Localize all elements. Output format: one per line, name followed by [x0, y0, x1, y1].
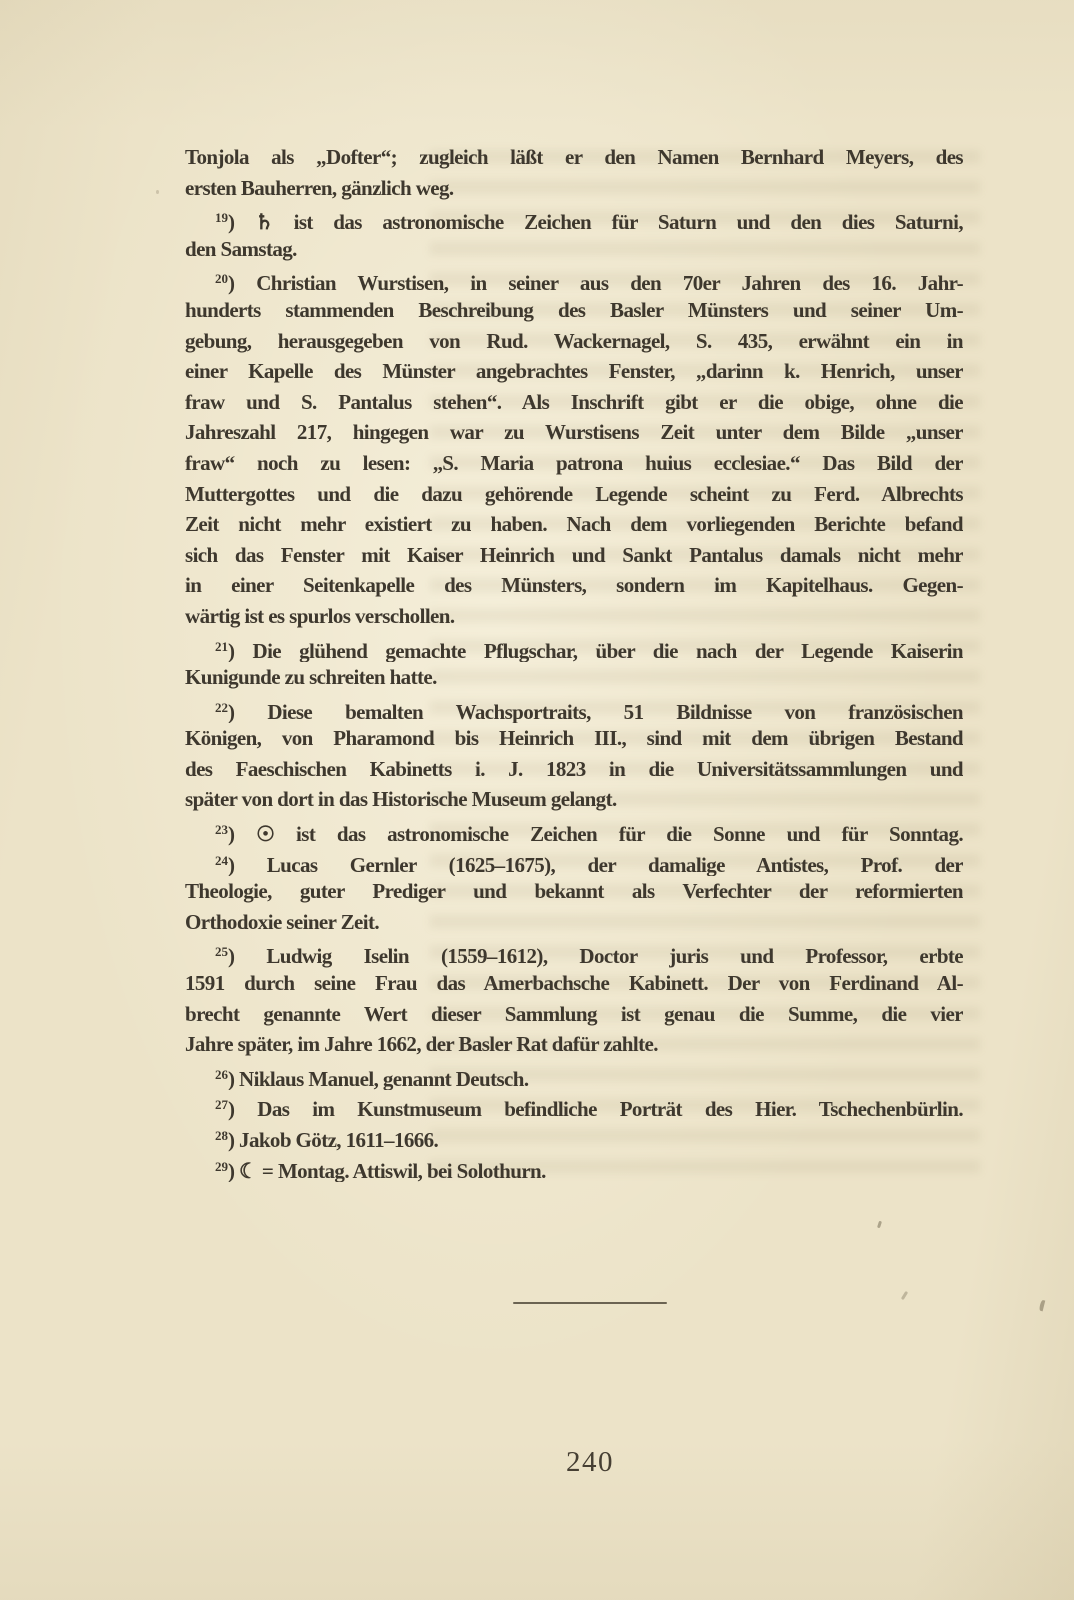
line-text: Die glühend gemachte Pflugschar, über di… [253, 639, 964, 663]
text-line: 21) Die glühend gemachte Pflugschar, übe… [185, 632, 963, 663]
footnote-number: 25 [215, 944, 228, 959]
text-line: brecht genannte Wert dieser Sammlung ist… [185, 999, 963, 1030]
line-text: Tonjola als „Dofter“; zugleich läßt er d… [185, 145, 963, 169]
text-line: wärtig ist es spurlos verschollen. [185, 601, 963, 632]
line-text: fraw“ noch zu lesen: ,,S. Maria patrona … [185, 451, 963, 475]
scanned-book-page: { "page": { "number": "240", "paper_colo… [0, 0, 1074, 1600]
text-line: fraw“ noch zu lesen: ,,S. Maria patrona … [185, 448, 963, 479]
text-line: 1591 durch seine Frau das Amerbachsche K… [185, 968, 963, 999]
line-text: Zeit nicht mehr existiert zu haben. Nach… [185, 512, 963, 536]
text-line: Königen, von Pharamond bis Heinrich III.… [185, 723, 963, 754]
line-text: ersten Bauherren, gänzlich weg. [185, 176, 454, 200]
line-text: brecht genannte Wert dieser Sammlung ist… [185, 1002, 963, 1026]
text-line: 23) ☉ ist das astronomische Zeichen für … [185, 815, 963, 846]
text-line: Orthodoxie seiner Zeit. [185, 907, 963, 938]
footnote-number: 29 [215, 1159, 228, 1174]
text-line: fraw und S. Pantalus stehen“. Als Inschr… [185, 387, 963, 418]
footnote-number: 27 [215, 1097, 228, 1112]
line-text: 1591 durch seine Frau das Amerbachsche K… [185, 971, 963, 995]
line-text: gebung, herausgegeben von Rud. Wackernag… [185, 329, 963, 353]
text-line: 25) Ludwig Iselin (1559–1612), Doctor ju… [185, 937, 963, 968]
footnote-number: 22 [215, 700, 228, 715]
text-line: hunderts stammenden Beschreibung des Bas… [185, 295, 963, 326]
text-line: Jahreszahl 217, hingegen war zu Wurstise… [185, 417, 963, 448]
line-text: Theologie, guter Prediger und bekannt al… [185, 879, 963, 903]
line-text: Christian Wurstisen, in seiner aus den 7… [256, 271, 963, 295]
line-text: Orthodoxie seiner Zeit. [185, 910, 379, 934]
line-text: ☾ = Montag. Attiswil, bei Solothurn. [239, 1159, 546, 1183]
line-text: später von dort in das Historische Museu… [185, 787, 617, 811]
text-line: einer Kapelle des Münster angebrachtes F… [185, 356, 963, 387]
line-text: fraw und S. Pantalus stehen“. Als Inschr… [185, 390, 963, 414]
text-line: Jahre später, im Jahre 1662, der Basler … [185, 1029, 963, 1060]
text-line: gebung, herausgegeben von Rud. Wackernag… [185, 326, 963, 357]
line-text: Muttergottes und die dazu gehörende Lege… [185, 482, 963, 506]
line-text: Jahre später, im Jahre 1662, der Basler … [185, 1032, 658, 1056]
text-line: des Faeschischen Kabinetts i. J. 1823 in… [185, 754, 963, 785]
line-text: Jahreszahl 217, hingegen war zu Wurstise… [185, 420, 963, 444]
text-line: Kunigunde zu schreiten hatte. [185, 662, 963, 693]
text-line: ersten Bauherren, gänzlich weg. [185, 173, 963, 204]
text-line: 19) ♄ ist das astronomische Zeichen für … [185, 203, 963, 234]
text-line: 27) Das im Kunstmuseum befindliche Portr… [185, 1090, 963, 1121]
line-text: hunderts stammenden Beschreibung des Bas… [185, 298, 963, 322]
text-line: Tonjola als „Dofter“; zugleich läßt er d… [185, 142, 963, 173]
text-line: den Samstag. [185, 234, 963, 265]
line-text: den Samstag. [185, 237, 297, 261]
footnote-number: 21 [215, 639, 228, 654]
line-text: Ludwig Iselin (1559–1612), Doctor juris … [266, 944, 963, 968]
text-line: Theologie, guter Prediger und bekannt al… [185, 876, 963, 907]
text-line: Zeit nicht mehr existiert zu haben. Nach… [185, 509, 963, 540]
text-line: 26) Niklaus Manuel, genannt Deutsch. [185, 1060, 963, 1091]
footnote-number: 19 [215, 210, 228, 225]
text-line: sich das Fenster mit Kaiser Heinrich und… [185, 540, 963, 571]
text-line: 29) ☾ = Montag. Attiswil, bei Solothurn. [185, 1152, 963, 1183]
line-text: Königen, von Pharamond bis Heinrich III.… [185, 726, 963, 750]
line-text: ♄ ist das astronomische Zeichen für Satu… [255, 210, 963, 234]
line-text: Das im Kunstmuseum befindliche Porträt d… [257, 1097, 963, 1121]
text-block: Tonjola als „Dofter“; zugleich läßt er d… [185, 142, 963, 1182]
footnote-number: 28 [215, 1128, 228, 1143]
line-text: des Faeschischen Kabinetts i. J. 1823 in… [185, 757, 963, 781]
text-line: in einer Seitenkapelle des Münsters, son… [185, 570, 963, 601]
page-number: 240 [185, 1445, 995, 1479]
line-text: Lucas Gernler (1625–1675), der damalige … [267, 853, 963, 877]
footnote-number: 23 [215, 822, 228, 837]
line-text: Diese bemalten Wachsportraits, 51 Bildni… [267, 700, 963, 724]
text-line: 28) Jakob Götz, 1611–1666. [185, 1121, 963, 1152]
line-text: ☉ ist das astronomische Zeichen für die … [256, 822, 963, 846]
text-line: 20) Christian Wurstisen, in seiner aus d… [185, 264, 963, 295]
text-line: 24) Lucas Gernler (1625–1675), der damal… [185, 846, 963, 877]
footnote-number: 20 [215, 271, 228, 286]
line-text: Jakob Götz, 1611–1666. [239, 1128, 438, 1152]
line-text: sich das Fenster mit Kaiser Heinrich und… [185, 543, 963, 567]
line-text: einer Kapelle des Münster angebrachtes F… [185, 359, 963, 383]
section-divider [513, 1302, 667, 1304]
text-line: 22) Diese bemalten Wachsportraits, 51 Bi… [185, 693, 963, 724]
line-text: in einer Seitenkapelle des Münsters, son… [185, 573, 963, 597]
line-text: Niklaus Manuel, genannt Deutsch. [239, 1067, 528, 1091]
footnote-number: 26 [215, 1067, 228, 1082]
text-line: später von dort in das Historische Museu… [185, 784, 963, 815]
line-text: Kunigunde zu schreiten hatte. [185, 665, 437, 689]
line-text: wärtig ist es spurlos verschollen. [185, 604, 455, 628]
footnote-number: 24 [215, 853, 228, 868]
text-line: Muttergottes und die dazu gehörende Lege… [185, 479, 963, 510]
